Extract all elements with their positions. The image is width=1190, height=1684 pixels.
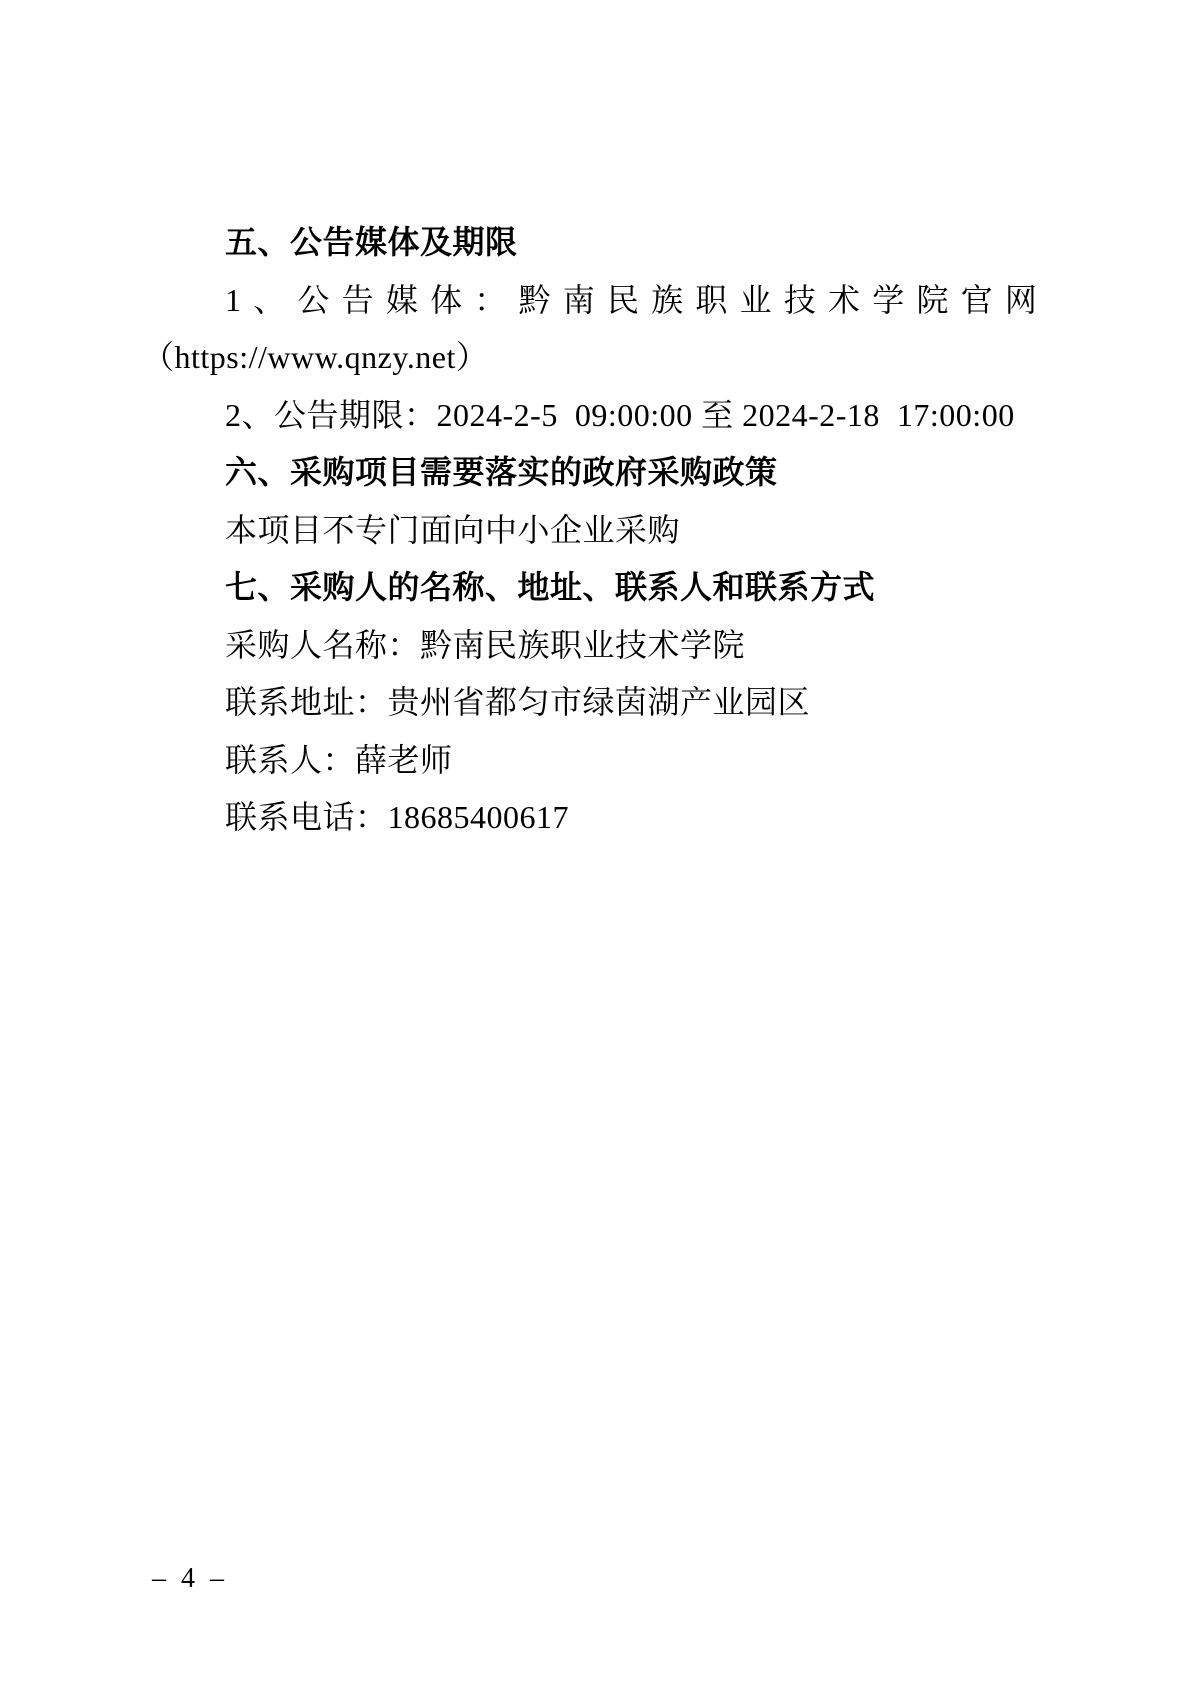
announcement-period-line: 2、公告期限：2024-2-5 09:00:00 至 2024-2-18 17:… bbox=[142, 387, 1037, 445]
section-five-heading: 五、公告媒体及期限 bbox=[142, 214, 1037, 272]
purchaser-name-line: 采购人名称：黔南民族职业技术学院 bbox=[142, 617, 1037, 675]
section-six-heading: 六、采购项目需要落实的政府采购政策 bbox=[142, 444, 1037, 502]
section-seven-heading: 七、采购人的名称、地址、联系人和联系方式 bbox=[142, 559, 1037, 617]
contact-phone-line: 联系电话：18685400617 bbox=[142, 789, 1037, 847]
document-page: 五、公告媒体及期限 1、公告媒体：黔南民族职业技术学院官网 （https://w… bbox=[0, 0, 1190, 1684]
page-number: – 4 – bbox=[152, 1562, 228, 1596]
announcement-media-line: 1、公告媒体：黔南民族职业技术学院官网 bbox=[142, 272, 1037, 330]
contact-person-line: 联系人：薛老师 bbox=[142, 732, 1037, 790]
contact-address-line: 联系地址：贵州省都匀市绿茵湖产业园区 bbox=[142, 674, 1037, 732]
announcement-url-line: （https://www.qnzy.net） bbox=[142, 329, 1037, 387]
smb-policy-line: 本项目不专门面向中小企业采购 bbox=[142, 502, 1037, 560]
document-body: 五、公告媒体及期限 1、公告媒体：黔南民族职业技术学院官网 （https://w… bbox=[142, 214, 1037, 847]
